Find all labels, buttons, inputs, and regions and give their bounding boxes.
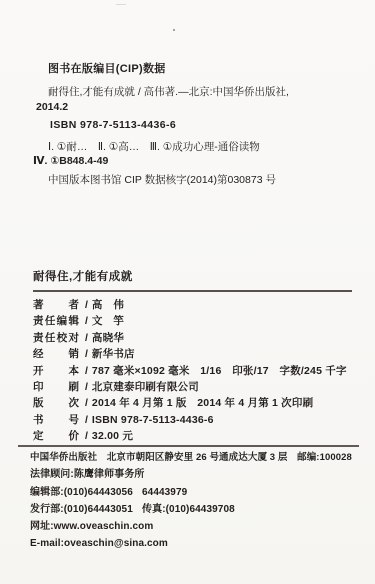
- publisher-block: 中国华侨出版社 北京市朝阳区静安里 26 号通成达大厦 3 层 邮编:10002…: [30, 449, 370, 553]
- row-label: 开本: [33, 363, 79, 379]
- slash-separator: /: [85, 397, 88, 409]
- row-label: 定价: [33, 428, 79, 444]
- distribution-phone: 发行部:(010)64443051: [30, 501, 142, 518]
- slash-separator: /: [85, 348, 88, 360]
- colophon-row-printer: 印刷/北京建泰印刷有限公司: [33, 379, 363, 395]
- colophon-row-edition: 版次/2014 年 4 月第 1 版 2014 年 4 月第 1 次印刷: [33, 395, 363, 411]
- email-line: E-mail:oveaschin@sina.com: [30, 535, 370, 552]
- row-value: ISBN 978-7-5113-4436-6: [92, 414, 214, 426]
- colophon-row-editor: 责任编辑/文 竽: [33, 313, 363, 329]
- colophon-row-proofreader: 责任校对/高晓华: [33, 330, 363, 346]
- row-value: 2014 年 4 月第 1 版 2014 年 4 月第 1 次印刷: [92, 397, 313, 409]
- row-label: 印刷: [33, 379, 79, 395]
- divider-rule: [18, 445, 359, 447]
- editorial-phone: 编辑部:(010)64443056: [30, 484, 142, 501]
- fax-number: 传真:(010)64439708: [142, 504, 235, 515]
- row-label: 书号: [33, 412, 79, 428]
- slash-separator: /: [85, 381, 88, 393]
- row-value: 787 毫米×1092 毫米 1/16 印张/17 字数/245 千字: [92, 365, 347, 377]
- row-value: 32.00 元: [92, 430, 133, 442]
- cip-line-registry-number: 中国版本图书馆 CIP 数据核字(2014)第030873 号: [48, 172, 276, 187]
- copyright-page: 图书在版编目(CIP)数据 耐得住,才能有成就 / 高伟著.—北京:中国华侨出版…: [0, 0, 375, 584]
- cip-line-class-number: Ⅳ. ①B848.4-49: [33, 155, 108, 167]
- scan-speck: [173, 29, 175, 31]
- cip-header: 图书在版编目(CIP)数据: [48, 60, 166, 76]
- row-label: 责任编辑: [33, 313, 79, 329]
- slash-separator: /: [85, 315, 88, 327]
- editorial-phone-line: 编辑部:(010)6444305664443979: [30, 484, 370, 501]
- colophon-row-price: 定价/32.00 元: [33, 428, 363, 444]
- colophon-row-format: 开本/787 毫米×1092 毫米 1/16 印张/17 字数/245 千字: [33, 363, 363, 379]
- book-title: 耐得住,才能有成就: [33, 268, 133, 284]
- colophon-row-author: 著者/高 伟: [33, 297, 363, 313]
- row-value: 文 竽: [92, 315, 124, 327]
- cip-line-classification: Ⅰ. ①耐… Ⅱ. ①高… Ⅲ. ①成功心理-通俗读物: [48, 139, 260, 154]
- cip-line-year: 2014.2: [36, 101, 68, 113]
- cip-line-isbn: ISBN 978-7-5113-4436-6: [50, 119, 176, 131]
- colophon-row-isbn: 书号/ISBN 978-7-5113-4436-6: [33, 412, 363, 428]
- row-value: 北京建泰印刷有限公司: [92, 381, 199, 393]
- slash-separator: /: [85, 365, 88, 377]
- publisher-address: 中国华侨出版社 北京市朝阳区静安里 26 号通成达大厦 3 层 邮编:10002…: [30, 449, 370, 466]
- legal-advisor: 法律顾问:陈鹰律师事务所: [30, 466, 370, 483]
- scan-speck: [116, 4, 126, 5]
- distribution-phone-line: 发行部:(010)64443051传真:(010)64439708: [30, 501, 370, 518]
- row-value: 新华书店: [92, 348, 135, 360]
- colophon-table: 著者/高 伟 责任编辑/文 竽 责任校对/高晓华 经销/新华书店 开本/787 …: [33, 297, 363, 445]
- row-label: 著者: [33, 297, 79, 313]
- row-label: 经销: [33, 346, 79, 362]
- row-label: 责任校对: [33, 330, 79, 346]
- row-value: 高晓华: [92, 332, 124, 344]
- slash-separator: /: [85, 332, 88, 344]
- divider-rule: [33, 290, 352, 292]
- colophon-row-distributor: 经销/新华书店: [33, 346, 363, 362]
- slash-separator: /: [85, 414, 88, 426]
- row-label: 版次: [33, 395, 79, 411]
- website-line: 网址:www.oveaschin.com: [30, 518, 370, 535]
- row-value: 高 伟: [92, 299, 124, 311]
- slash-separator: /: [85, 299, 88, 311]
- slash-separator: /: [85, 430, 88, 442]
- editorial-phone-2: 64443979: [142, 487, 187, 498]
- cip-line-title-author: 耐得住,才能有成就 / 高伟著.—北京:中国华侨出版社,: [48, 84, 289, 99]
